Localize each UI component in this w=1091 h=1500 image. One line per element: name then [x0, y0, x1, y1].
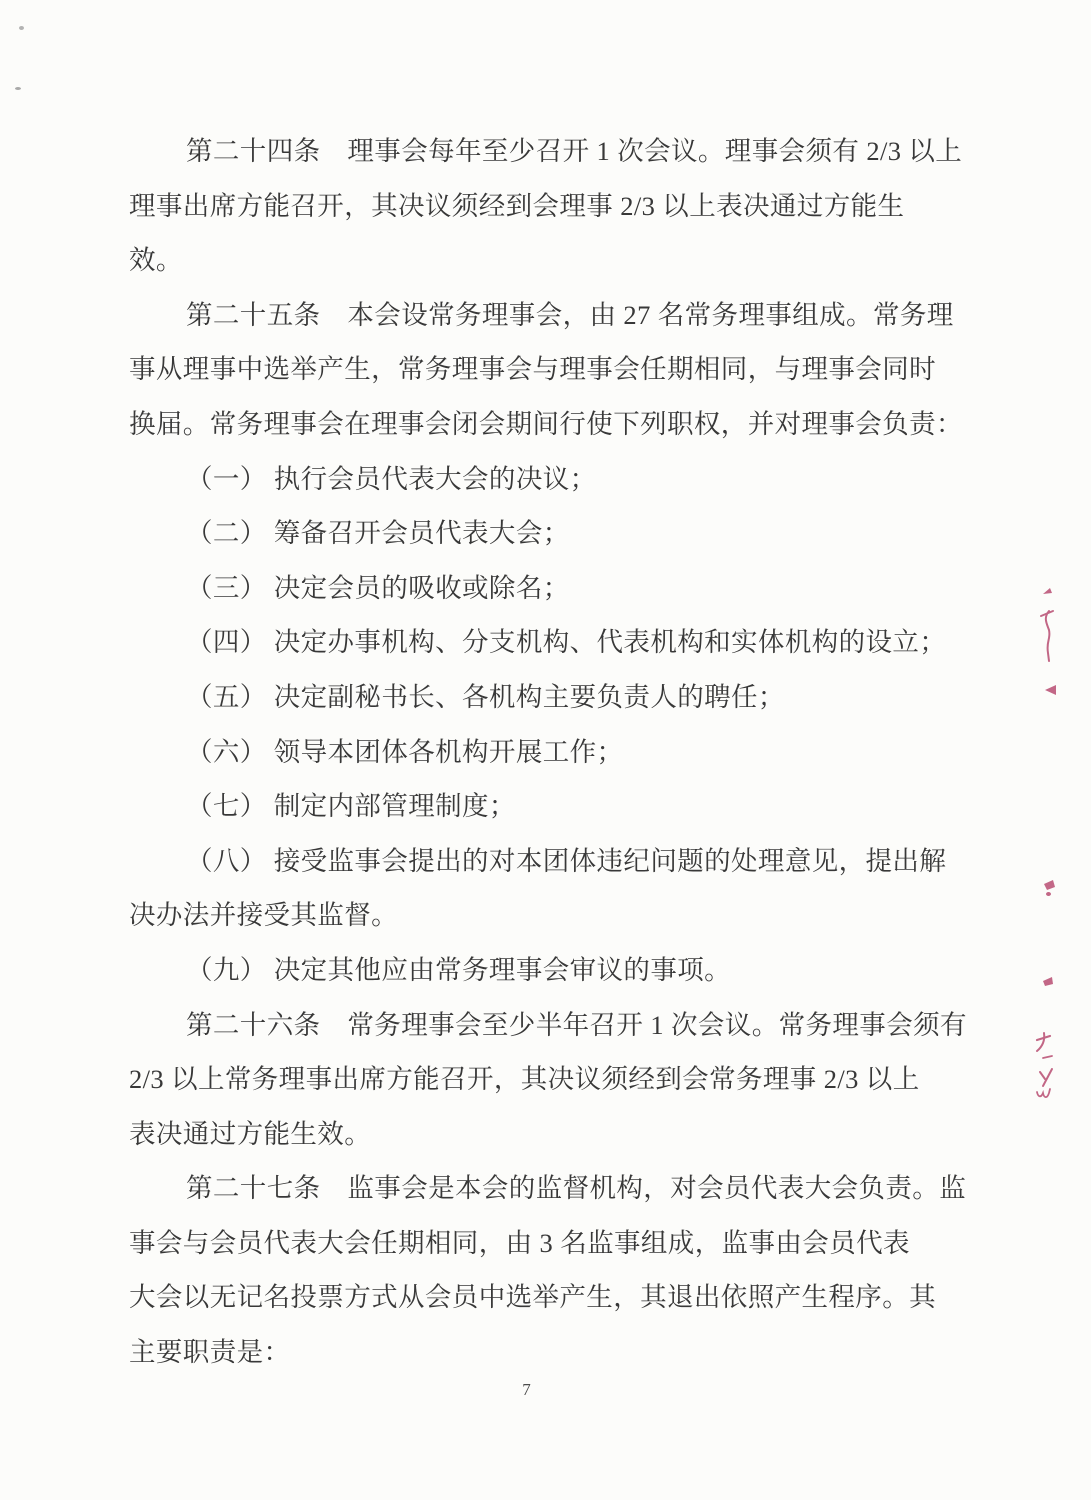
paragraph-article-24: 第二十四条 理事会每年至少召开 1 次会议。理事会须有 2/3 以上 理事出席方… — [129, 124, 921, 288]
text-line: 主要职责是： — [129, 1325, 921, 1380]
text-line: （八） 接受监事会提出的对本团体违纪问题的处理意见，提出解 — [129, 834, 921, 889]
page-number: 7 — [0, 1380, 1054, 1400]
text-line: （三） 决定会员的吸收或除名； — [129, 561, 921, 616]
text-line: 第二十七条 监事会是本会的监督机构，对会员代表大会负责。监 — [129, 1161, 921, 1216]
list-item-5: （五） 决定副秘书长、各机构主要负责人的聘任； — [129, 670, 921, 725]
scan-speck — [19, 26, 24, 30]
text-line: 第二十五条 本会设常务理事会，由 27 名常务理事组成。常务理 — [129, 288, 921, 343]
list-item-3: （三） 决定会员的吸收或除名； — [129, 561, 921, 616]
text-line: 换届。常务理事会在理事会闭会期间行使下列职权，并对理事会负责： — [129, 397, 921, 452]
text-line: 大会以无记名投票方式从会员中选举产生，其退出依照产生程序。其 — [129, 1270, 921, 1325]
text-line: 决办法并接受其监督。 — [129, 888, 921, 943]
list-item-6: （六） 领导本团体各机构开展工作； — [129, 725, 921, 780]
text-line: （一） 执行会员代表大会的决议； — [129, 452, 921, 507]
list-item-4: （四） 决定办事机构、分支机构、代表机构和实体机构的设立； — [129, 615, 921, 670]
text-line: 2/3 以上常务理事出席方能召开，其决议须经到会常务理事 2/3 以上 — [129, 1052, 921, 1107]
paragraph-article-26: 第二十六条 常务理事会至少半年召开 1 次会议。常务理事会须有 2/3 以上常务… — [129, 998, 921, 1162]
list-item-2: （二） 筹备召开会员代表大会； — [129, 506, 921, 561]
text-line: 效。 — [129, 233, 921, 288]
paragraph-article-25: 第二十五条 本会设常务理事会，由 27 名常务理事组成。常务理 事从理事中选举产… — [129, 288, 921, 452]
text-line: 事会与会员代表大会任期相同，由 3 名监事组成，监事由会员代表 — [129, 1216, 921, 1271]
text-line: （七） 制定内部管理制度； — [129, 779, 921, 834]
document-body: 第二十四条 理事会每年至少召开 1 次会议。理事会须有 2/3 以上 理事出席方… — [129, 124, 921, 1380]
list-item-7: （七） 制定内部管理制度； — [129, 779, 921, 834]
text-line: 理事出席方能召开，其决议须经到会理事 2/3 以上表决通过方能生 — [129, 179, 921, 234]
text-line: 事从理事中选举产生，常务理事会与理事会任期相同，与理事会同时 — [129, 342, 921, 397]
text-line: 第二十六条 常务理事会至少半年召开 1 次会议。常务理事会须有 — [129, 998, 921, 1053]
text-line: （二） 筹备召开会员代表大会； — [129, 506, 921, 561]
text-line: （五） 决定副秘书长、各机构主要负责人的聘任； — [129, 670, 921, 725]
list-item-9: （九） 决定其他应由常务理事会审议的事项。 — [129, 943, 921, 998]
scan-speck — [15, 87, 21, 90]
scanned-document-page: 第二十四条 理事会每年至少召开 1 次会议。理事会须有 2/3 以上 理事出席方… — [0, 0, 1091, 1500]
paragraph-article-27: 第二十七条 监事会是本会的监督机构，对会员代表大会负责。监 事会与会员代表大会任… — [129, 1161, 921, 1379]
text-line: （四） 决定办事机构、分支机构、代表机构和实体机构的设立； — [129, 615, 921, 670]
text-line: 第二十四条 理事会每年至少召开 1 次会议。理事会须有 2/3 以上 — [129, 124, 921, 179]
text-line: 表决通过方能生效。 — [129, 1107, 921, 1162]
text-line: （九） 决定其他应由常务理事会审议的事项。 — [129, 943, 921, 998]
list-item-8: （八） 接受监事会提出的对本团体违纪问题的处理意见，提出解 决办法并接受其监督。 — [129, 834, 921, 943]
text-line: （六） 领导本团体各机构开展工作； — [129, 725, 921, 780]
red-ink-edge-marks-icon — [1025, 578, 1087, 1128]
list-item-1: （一） 执行会员代表大会的决议； — [129, 452, 921, 507]
